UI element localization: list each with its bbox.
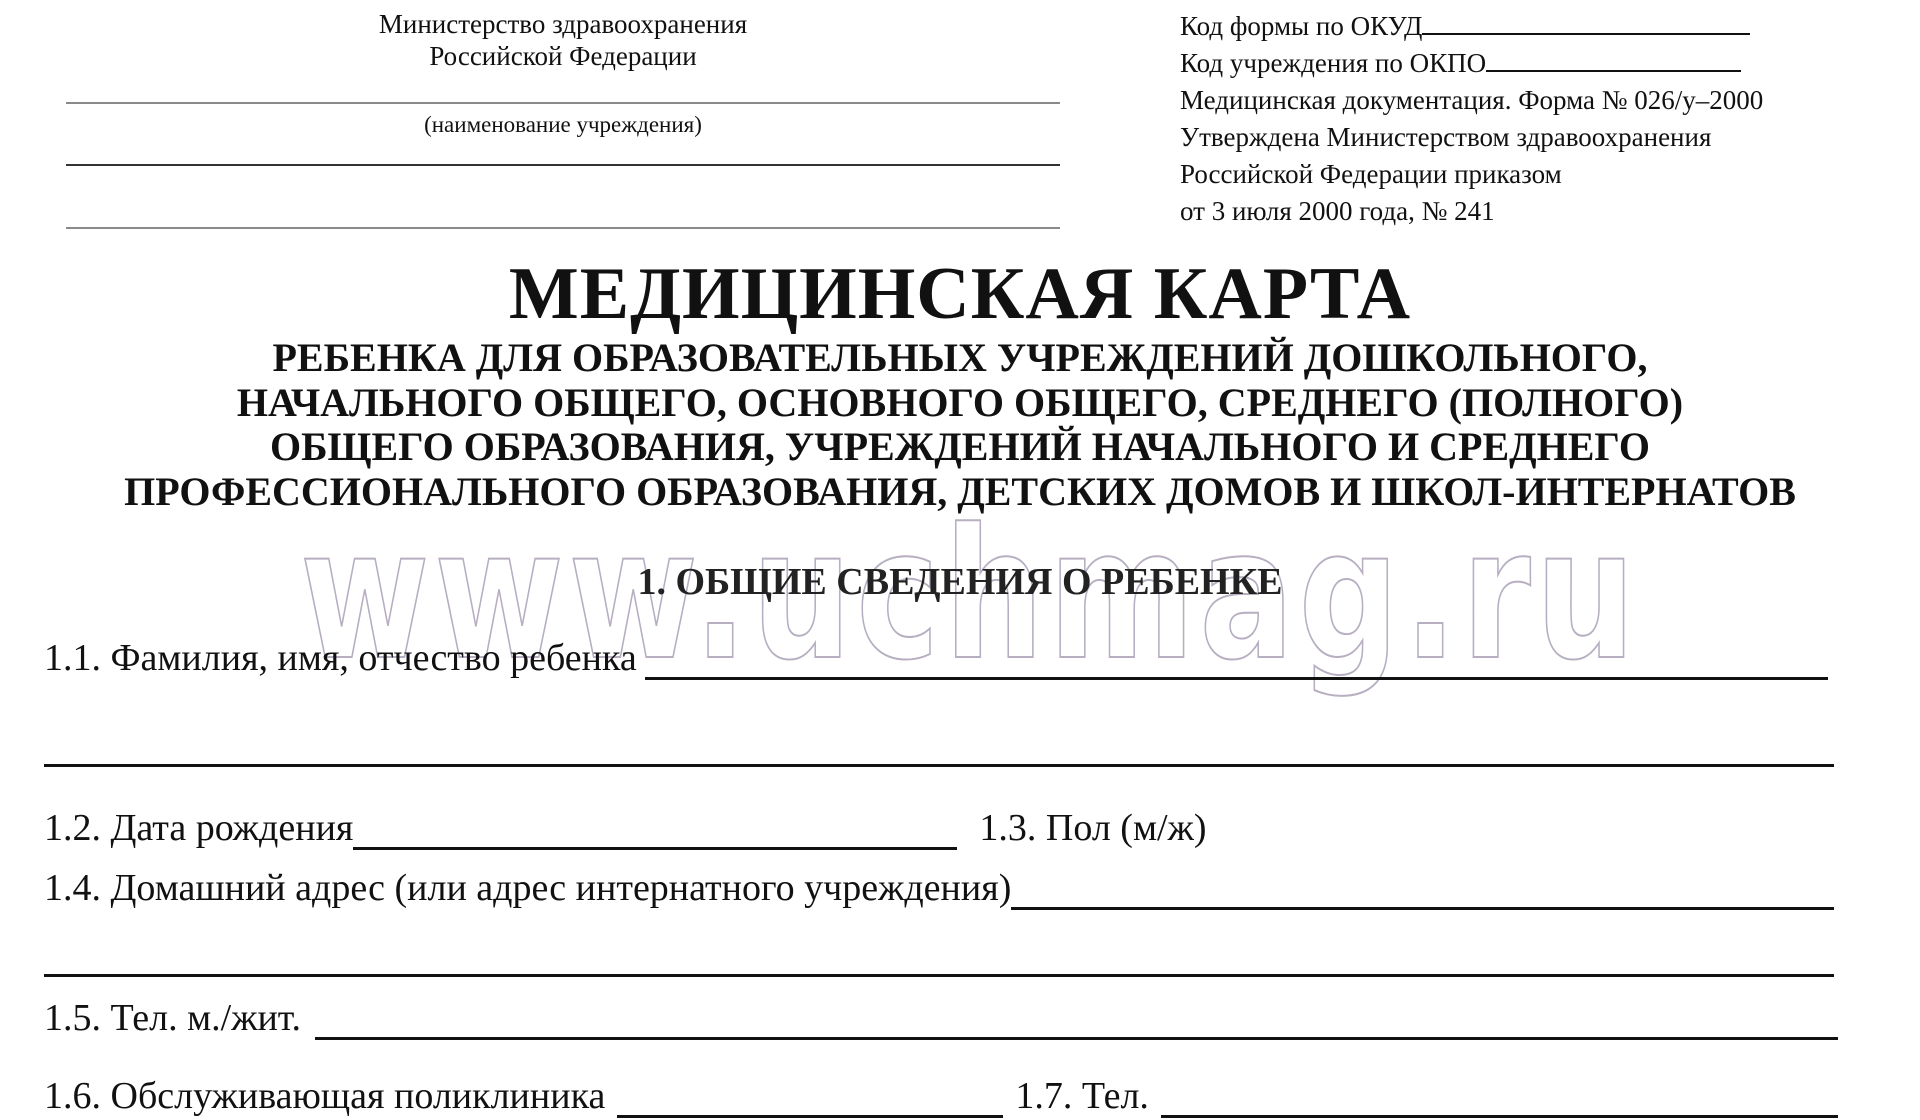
section-heading: 1. ОБЩИЕ СВЕДЕНИЯ О РЕБЕНКЕ [0,560,1920,604]
clinic-phone-label: 1.7. Тел. [1003,1074,1161,1118]
document-title: МЕДИЦИНСКАЯ КАРТА [0,252,1920,336]
address-input[interactable] [1011,877,1834,910]
clinic-label: 1.6. Обслуживающая поликлиника [44,1074,617,1118]
full-name-input[interactable] [645,647,1828,680]
address-label: 1.4. Домашний адрес (или адрес интернатн… [44,866,1011,910]
full-name-label: 1.1. Фамилия, имя, отчество ребенка [44,636,645,680]
birth-date-label: 1.2. Дата рождения [44,806,353,850]
okpo-label: Код учреждения по ОКПО [1180,48,1486,78]
okud-label: Код формы по ОКУД [1180,11,1422,41]
form-number: Медицинская документация. Форма № 026/у–… [1180,82,1763,119]
institution-name-field-2[interactable] [66,164,1060,166]
full-name-input-continued[interactable] [44,764,1834,767]
institution-name-field-3[interactable] [66,227,1060,229]
document-subtitle: РЕБЕНКА ДЛЯ ОБРАЗОВАТЕЛЬНЫХ УЧРЕЖДЕНИЙ Д… [0,336,1920,514]
institution-name-field[interactable] [66,102,1060,104]
field-phone: 1.5. Тел. м./жит. [44,996,1838,1040]
birth-date-input[interactable] [353,817,957,850]
okpo-field[interactable] [1486,48,1741,72]
okpo-row: Код учреждения по ОКПО [1180,45,1763,82]
clinic-phone-input[interactable] [1161,1085,1838,1118]
approval-line-2: Российской Федерации приказом [1180,156,1763,193]
ministry-line-2: Российской Федерации [66,40,1060,72]
subtitle-line: ПРОФЕССИОНАЛЬНОГО ОБРАЗОВАНИЯ, ДЕТСКИХ Д… [0,470,1920,515]
sex-label: 1.3. Пол (м/ж) [957,806,1214,850]
subtitle-line: НАЧАЛЬНОГО ОБЩЕГО, ОСНОВНОГО ОБЩЕГО, СРЕ… [0,381,1920,426]
subtitle-line: РЕБЕНКА ДЛЯ ОБРАЗОВАТЕЛЬНЫХ УЧРЕЖДЕНИЙ Д… [0,336,1920,381]
subtitle-line: ОБЩЕГО ОБРАЗОВАНИЯ, УЧРЕЖДЕНИЙ НАЧАЛЬНОГ… [0,425,1920,470]
okud-field[interactable] [1422,11,1750,35]
field-address: 1.4. Домашний адрес (или адрес интернатн… [44,866,1834,910]
institution-caption: (наименование учреждения) [66,112,1060,138]
field-clinic: 1.6. Обслуживающая поликлиника 1.7. Тел. [44,1074,1838,1118]
form-codes-block: Код формы по ОКУД Код учреждения по ОКПО… [1180,8,1763,230]
okud-row: Код формы по ОКУД [1180,8,1763,45]
ministry-line-1: Министерство здравоохранения [66,8,1060,40]
approval-line-3: от 3 июля 2000 года, № 241 [1180,193,1763,230]
ministry-name: Министерство здравоохранения Российской … [66,8,1060,72]
phone-label: 1.5. Тел. м./жит. [44,996,315,1040]
field-birth-date: 1.2. Дата рождения 1.3. Пол (м/ж) [44,806,1214,850]
approval-line-1: Утверждена Министерством здравоохранения [1180,119,1763,156]
field-full-name: 1.1. Фамилия, имя, отчество ребенка [44,636,1828,680]
address-input-continued[interactable] [44,974,1834,977]
phone-input[interactable] [315,1007,1838,1040]
clinic-input[interactable] [617,1085,1003,1118]
